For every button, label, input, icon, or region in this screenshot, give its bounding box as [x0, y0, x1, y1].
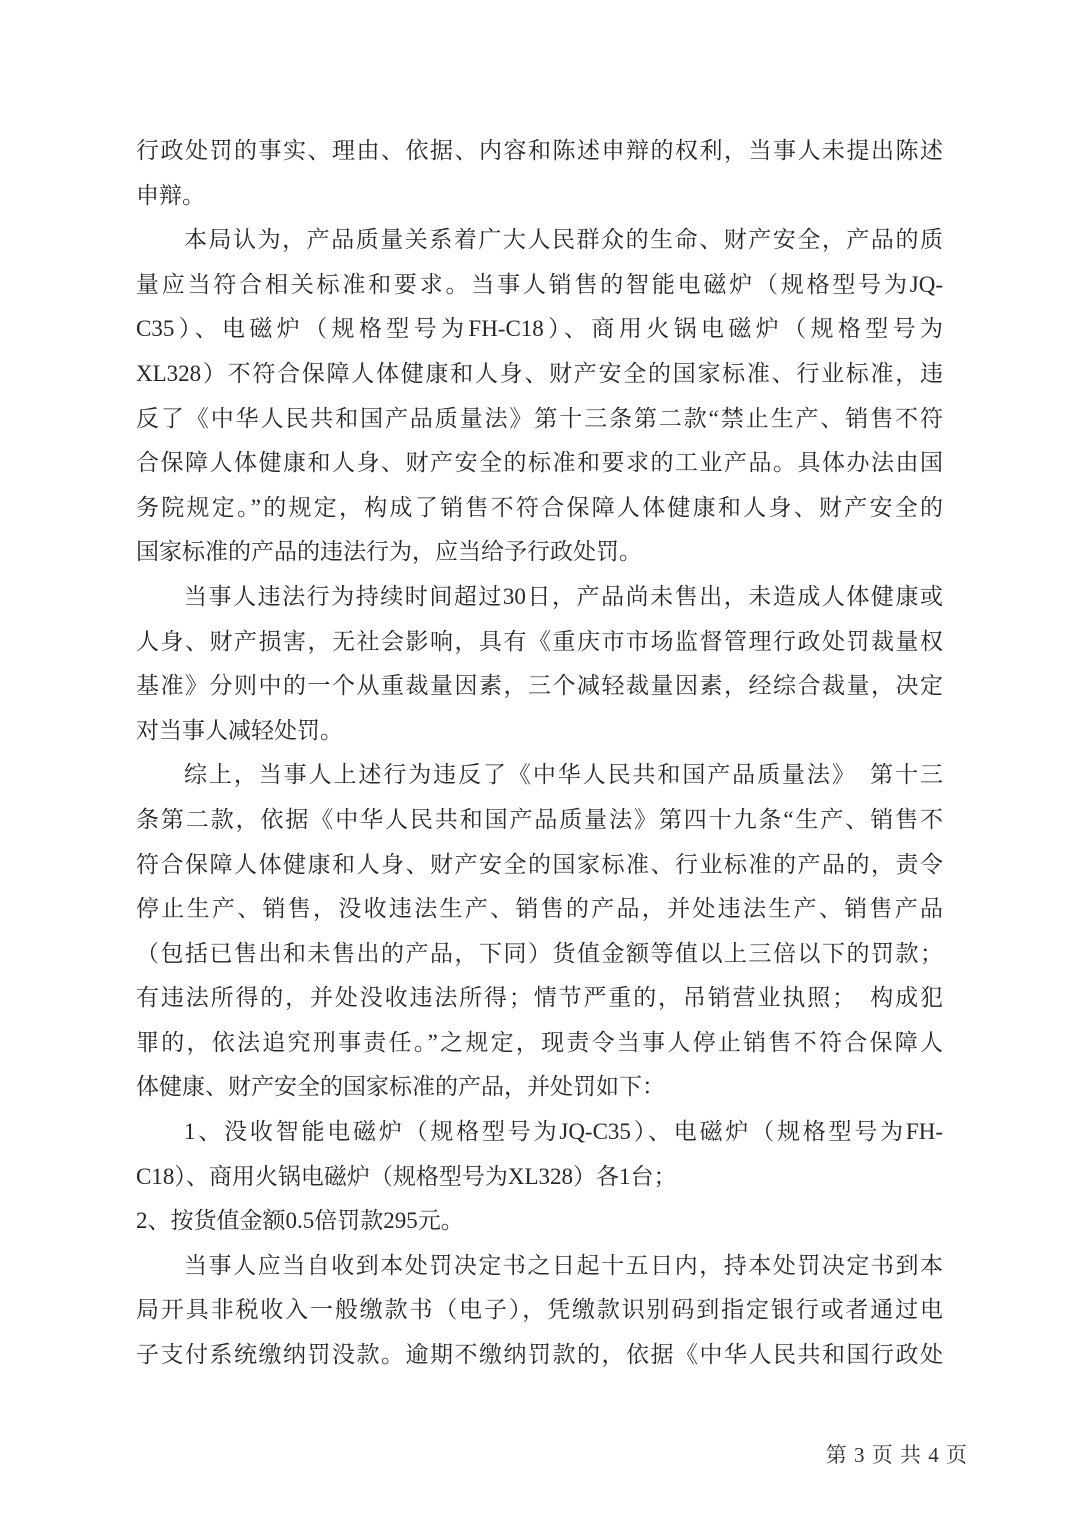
text-line: 当事人应当自收到本处罚决定书之日起十五日内，持本处罚决定书到本 — [136, 1244, 943, 1289]
text-line: C35）、电磁炉（规格型号为FH-C18）、商用火锅电磁炉（规格型号为 — [136, 307, 943, 352]
text-line: 人身、财产损害，无社会影响，具有《重庆市市场监督管理行政处罚裁量权 — [136, 620, 943, 665]
text-line: XL328）不符合保障人体健康和人身、财产安全的国家标准、行业标准，违 — [136, 352, 943, 397]
text-line: 2、按货值金额0.5倍罚款295元。 — [136, 1199, 943, 1244]
text-line: 对当事人减轻处罚。 — [136, 709, 943, 754]
text-line: 基准》分则中的一个从重裁量因素，三个减轻裁量因素，经综合裁量，决定 — [136, 664, 943, 709]
text-line: 本局认为，产品质量关系着广大人民群众的生命、财产安全，产品的质 — [136, 218, 943, 263]
text-line: 停止生产、销售，没收违法生产、销售的产品，并处违法生产、销售产品 — [136, 887, 943, 932]
document-body: 行政处罚的事实、理由、依据、内容和陈述申辩的权利，当事人未提出陈述 申辩。 本局… — [136, 129, 943, 1378]
text-line: 符合保障人体健康和人身、财产安全的国家标准、行业标准的产品的，责令 — [136, 843, 943, 888]
text-line: 1、没收智能电磁炉（规格型号为JQ-C35）、电磁炉（规格型号为FH- — [136, 1110, 943, 1155]
text-line: C18）、商用火锅电磁炉（规格型号为XL328）各1台； — [136, 1155, 943, 1200]
text-line: 量应当符合相关标准和要求。当事人销售的智能电磁炉（规格型号为JQ- — [136, 263, 943, 308]
text-line: 国家标准的产品的违法行为，应当给予行政处罚。 — [136, 530, 943, 575]
page-number: 第 3 页 共 4 页 — [826, 1441, 968, 1469]
text-line: 综上，当事人上述行为违反了《中华人民共和国产品质量法》 第十三 — [136, 753, 943, 798]
text-line: 有违法所得的，并处没收违法所得；情节严重的，吊销营业执照； 构成犯 — [136, 976, 943, 1021]
text-line: 当事人违法行为持续时间超过30日，产品尚未售出，未造成人体健康或 — [136, 575, 943, 620]
text-line: 合保障人体健康和人身、财产安全的标准和要求的工业产品。具体办法由国 — [136, 441, 943, 486]
text-line: 条第二款，依据《中华人民共和国产品质量法》第四十九条“生产、销售不 — [136, 798, 943, 843]
text-line: 子支付系统缴纳罚没款。逾期不缴纳罚款的，依据《中华人民共和国行政处 — [136, 1333, 943, 1378]
text-line: 局开具非税收入一般缴款书（电子），凭缴款识别码到指定银行或者通过电 — [136, 1288, 943, 1333]
text-line: 申辩。 — [136, 174, 943, 219]
text-line: 罪的，依法追究刑事责任。”之规定，现责令当事人停止销售不符合保障人 — [136, 1021, 943, 1066]
text-line: 务院规定。”的规定，构成了销售不符合保障人体健康和人身、财产安全的 — [136, 486, 943, 531]
text-line: 行政处罚的事实、理由、依据、内容和陈述申辩的权利，当事人未提出陈述 — [136, 129, 943, 174]
document-page: 行政处罚的事实、理由、依据、内容和陈述申辩的权利，当事人未提出陈述 申辩。 本局… — [0, 0, 1074, 1520]
text-line: 反了《中华人民共和国产品质量法》第十三条第二款“禁止生产、销售不符 — [136, 397, 943, 442]
text-line: （包括已售出和未售出的产品，下同）货值金额等值以上三倍以下的罚款； — [136, 932, 943, 977]
text-line: 体健康、财产安全的国家标准的产品，并处罚如下： — [136, 1065, 943, 1110]
